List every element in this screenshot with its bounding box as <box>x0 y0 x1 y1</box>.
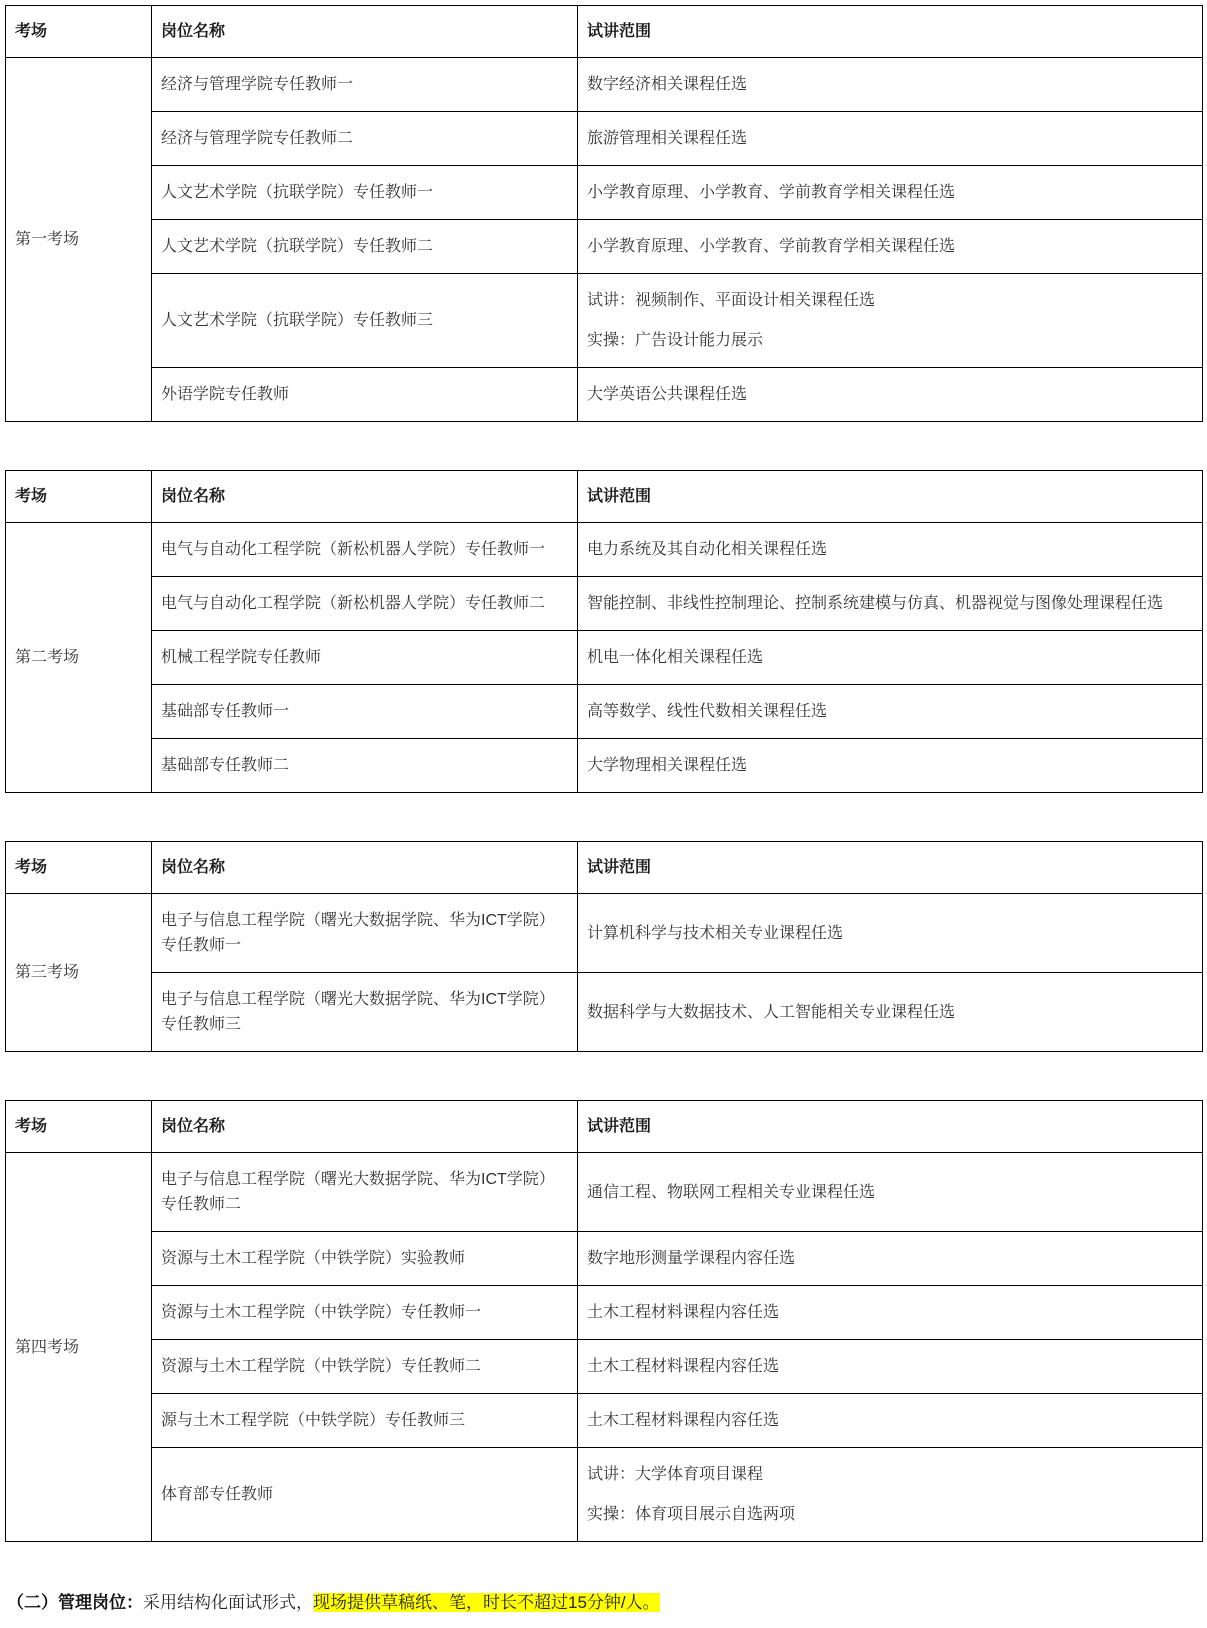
lecture-scope-line: 通信工程、物联网工程相关专业课程任选 <box>587 1180 1193 1205</box>
lecture-scope-line: 大学英语公共课程任选 <box>587 382 1193 407</box>
footer-note-label: （二）管理岗位： <box>7 1593 143 1612</box>
exam-room-cell: 第一考场 <box>6 58 152 422</box>
table-row: 外语学院专任教师大学英语公共课程任选 <box>6 368 1203 422</box>
table-row: 人文艺术学院（抗联学院）专任教师三试讲：视频制作、平面设计相关课程任选实操：广告… <box>6 274 1203 368</box>
column-header-room: 考场 <box>6 471 152 523</box>
table-row: 第二考场电气与自动化工程学院（新松机器人学院）专任教师一电力系统及其自动化相关课… <box>6 523 1203 577</box>
column-header-scope: 试讲范围 <box>578 842 1203 894</box>
exam-table-room-3: 考场岗位名称试讲范围第三考场电子与信息工程学院（曙光大数据学院、华为ICT学院）… <box>5 841 1203 1052</box>
exam-room-cell: 第三考场 <box>6 894 152 1052</box>
position-name-cell: 电气与自动化工程学院（新松机器人学院）专任教师二 <box>152 577 578 631</box>
lecture-scope-line: 实操：广告设计能力展示 <box>587 328 1193 353</box>
column-header-scope: 试讲范围 <box>578 6 1203 58</box>
position-name-cell: 外语学院专任教师 <box>152 368 578 422</box>
column-header-position: 岗位名称 <box>152 471 578 523</box>
column-header-room: 考场 <box>6 1101 152 1153</box>
lecture-scope-cell: 试讲：大学体育项目课程实操：体育项目展示自选两项 <box>578 1448 1203 1542</box>
table-row: 资源与土木工程学院（中铁学院）专任教师二土木工程材料课程内容任选 <box>6 1340 1203 1394</box>
table-header-row: 考场岗位名称试讲范围 <box>6 471 1203 523</box>
table-row: 基础部专任教师二大学物理相关课程任选 <box>6 739 1203 793</box>
lecture-scope-line: 机电一体化相关课程任选 <box>587 645 1193 670</box>
exam-table-room-1: 考场岗位名称试讲范围第一考场经济与管理学院专任教师一数字经济相关课程任选经济与管… <box>5 5 1203 422</box>
lecture-scope-line: 小学教育原理、小学教育、学前教育学相关课程任选 <box>587 180 1193 205</box>
table-row: 第四考场电子与信息工程学院（曙光大数据学院、华为ICT学院）专任教师二通信工程、… <box>6 1153 1203 1232</box>
exam-table-room-2: 考场岗位名称试讲范围第二考场电气与自动化工程学院（新松机器人学院）专任教师一电力… <box>5 470 1203 793</box>
position-name-cell: 基础部专任教师一 <box>152 685 578 739</box>
lecture-scope-cell: 土木工程材料课程内容任选 <box>578 1394 1203 1448</box>
lecture-scope-cell: 大学英语公共课程任选 <box>578 368 1203 422</box>
lecture-scope-cell: 土木工程材料课程内容任选 <box>578 1286 1203 1340</box>
position-name-cell: 电气与自动化工程学院（新松机器人学院）专任教师一 <box>152 523 578 577</box>
footer-note-highlighted-text: 现场提供草稿纸、笔，时长不超过15分钟/人。 <box>313 1593 660 1612</box>
table-row: 经济与管理学院专任教师二旅游管理相关课程任选 <box>6 112 1203 166</box>
lecture-scope-line: 试讲：视频制作、平面设计相关课程任选 <box>587 288 1193 313</box>
lecture-scope-line: 实操：体育项目展示自选两项 <box>587 1502 1193 1527</box>
table-header-row: 考场岗位名称试讲范围 <box>6 6 1203 58</box>
lecture-scope-line: 小学教育原理、小学教育、学前教育学相关课程任选 <box>587 234 1193 259</box>
position-name-cell: 经济与管理学院专任教师一 <box>152 58 578 112</box>
table-row: 电气与自动化工程学院（新松机器人学院）专任教师二智能控制、非线性控制理论、控制系… <box>6 577 1203 631</box>
exam-table-room-4: 考场岗位名称试讲范围第四考场电子与信息工程学院（曙光大数据学院、华为ICT学院）… <box>5 1100 1203 1542</box>
lecture-scope-line: 大学物理相关课程任选 <box>587 753 1193 778</box>
position-name-cell: 资源与土木工程学院（中铁学院）专任教师一 <box>152 1286 578 1340</box>
lecture-scope-cell: 通信工程、物联网工程相关专业课程任选 <box>578 1153 1203 1232</box>
footer-note: （二）管理岗位：采用结构化面试形式，现场提供草稿纸、笔，时长不超过15分钟/人。 <box>7 1590 1202 1616</box>
column-header-room: 考场 <box>6 6 152 58</box>
position-name-cell: 源与土木工程学院（中铁学院）专任教师三 <box>152 1394 578 1448</box>
table-row: 基础部专任教师一高等数学、线性代数相关课程任选 <box>6 685 1203 739</box>
column-header-scope: 试讲范围 <box>578 1101 1203 1153</box>
lecture-scope-line: 土木工程材料课程内容任选 <box>587 1354 1193 1379</box>
position-name-cell: 电子与信息工程学院（曙光大数据学院、华为ICT学院）专任教师二 <box>152 1153 578 1232</box>
lecture-scope-cell: 电力系统及其自动化相关课程任选 <box>578 523 1203 577</box>
lecture-scope-cell: 智能控制、非线性控制理论、控制系统建模与仿真、机器视觉与图像处理课程任选 <box>578 577 1203 631</box>
position-name-cell: 人文艺术学院（抗联学院）专任教师三 <box>152 274 578 368</box>
exam-room-cell: 第四考场 <box>6 1153 152 1542</box>
table-row: 资源与土木工程学院（中铁学院）实验教师数字地形测量学课程内容任选 <box>6 1232 1203 1286</box>
lecture-scope-cell: 小学教育原理、小学教育、学前教育学相关课程任选 <box>578 166 1203 220</box>
table-header-row: 考场岗位名称试讲范围 <box>6 1101 1203 1153</box>
position-name-cell: 基础部专任教师二 <box>152 739 578 793</box>
lecture-scope-cell: 机电一体化相关课程任选 <box>578 631 1203 685</box>
position-name-cell: 电子与信息工程学院（曙光大数据学院、华为ICT学院）专任教师一 <box>152 894 578 973</box>
lecture-scope-cell: 数字地形测量学课程内容任选 <box>578 1232 1203 1286</box>
table-row: 人文艺术学院（抗联学院）专任教师二小学教育原理、小学教育、学前教育学相关课程任选 <box>6 220 1203 274</box>
lecture-scope-line: 数据科学与大数据技术、人工智能相关专业课程任选 <box>587 1000 1193 1025</box>
lecture-scope-cell: 计算机科学与技术相关专业课程任选 <box>578 894 1203 973</box>
lecture-scope-cell: 旅游管理相关课程任选 <box>578 112 1203 166</box>
table-header-row: 考场岗位名称试讲范围 <box>6 842 1203 894</box>
table-row: 体育部专任教师试讲：大学体育项目课程实操：体育项目展示自选两项 <box>6 1448 1203 1542</box>
table-row: 人文艺术学院（抗联学院）专任教师一小学教育原理、小学教育、学前教育学相关课程任选 <box>6 166 1203 220</box>
lecture-scope-line: 电力系统及其自动化相关课程任选 <box>587 537 1193 562</box>
column-header-scope: 试讲范围 <box>578 471 1203 523</box>
footer-note-normal-text: 采用结构化面试形式， <box>143 1593 313 1612</box>
lecture-scope-line: 计算机科学与技术相关专业课程任选 <box>587 921 1193 946</box>
column-header-position: 岗位名称 <box>152 1101 578 1153</box>
table-row: 电子与信息工程学院（曙光大数据学院、华为ICT学院）专任教师三数据科学与大数据技… <box>6 973 1203 1052</box>
lecture-scope-line: 数字地形测量学课程内容任选 <box>587 1246 1193 1271</box>
column-header-position: 岗位名称 <box>152 842 578 894</box>
table-row: 第三考场电子与信息工程学院（曙光大数据学院、华为ICT学院）专任教师一计算机科学… <box>6 894 1203 973</box>
lecture-scope-cell: 数字经济相关课程任选 <box>578 58 1203 112</box>
position-name-cell: 资源与土木工程学院（中铁学院）专任教师二 <box>152 1340 578 1394</box>
lecture-scope-line: 土木工程材料课程内容任选 <box>587 1408 1193 1433</box>
column-header-room: 考场 <box>6 842 152 894</box>
position-name-cell: 经济与管理学院专任教师二 <box>152 112 578 166</box>
position-name-cell: 体育部专任教师 <box>152 1448 578 1542</box>
lecture-scope-line: 试讲：大学体育项目课程 <box>587 1462 1193 1487</box>
position-name-cell: 人文艺术学院（抗联学院）专任教师二 <box>152 220 578 274</box>
lecture-scope-cell: 高等数学、线性代数相关课程任选 <box>578 685 1203 739</box>
lecture-scope-cell: 土木工程材料课程内容任选 <box>578 1340 1203 1394</box>
position-name-cell: 人文艺术学院（抗联学院）专任教师一 <box>152 166 578 220</box>
lecture-scope-cell: 大学物理相关课程任选 <box>578 739 1203 793</box>
document-page: 考场岗位名称试讲范围第一考场经济与管理学院专任教师一数字经济相关课程任选经济与管… <box>0 0 1207 1616</box>
lecture-scope-line: 旅游管理相关课程任选 <box>587 126 1193 151</box>
exam-room-cell: 第二考场 <box>6 523 152 793</box>
lecture-scope-line: 数字经济相关课程任选 <box>587 72 1193 97</box>
lecture-scope-line: 智能控制、非线性控制理论、控制系统建模与仿真、机器视觉与图像处理课程任选 <box>587 591 1193 616</box>
lecture-scope-cell: 数据科学与大数据技术、人工智能相关专业课程任选 <box>578 973 1203 1052</box>
lecture-scope-line: 高等数学、线性代数相关课程任选 <box>587 699 1193 724</box>
table-row: 源与土木工程学院（中铁学院）专任教师三土木工程材料课程内容任选 <box>6 1394 1203 1448</box>
table-row: 资源与土木工程学院（中铁学院）专任教师一土木工程材料课程内容任选 <box>6 1286 1203 1340</box>
lecture-scope-cell: 小学教育原理、小学教育、学前教育学相关课程任选 <box>578 220 1203 274</box>
table-row: 第一考场经济与管理学院专任教师一数字经济相关课程任选 <box>6 58 1203 112</box>
lecture-scope-line: 土木工程材料课程内容任选 <box>587 1300 1193 1325</box>
lecture-scope-cell: 试讲：视频制作、平面设计相关课程任选实操：广告设计能力展示 <box>578 274 1203 368</box>
column-header-position: 岗位名称 <box>152 6 578 58</box>
position-name-cell: 机械工程学院专任教师 <box>152 631 578 685</box>
position-name-cell: 资源与土木工程学院（中铁学院）实验教师 <box>152 1232 578 1286</box>
table-row: 机械工程学院专任教师机电一体化相关课程任选 <box>6 631 1203 685</box>
position-name-cell: 电子与信息工程学院（曙光大数据学院、华为ICT学院）专任教师三 <box>152 973 578 1052</box>
